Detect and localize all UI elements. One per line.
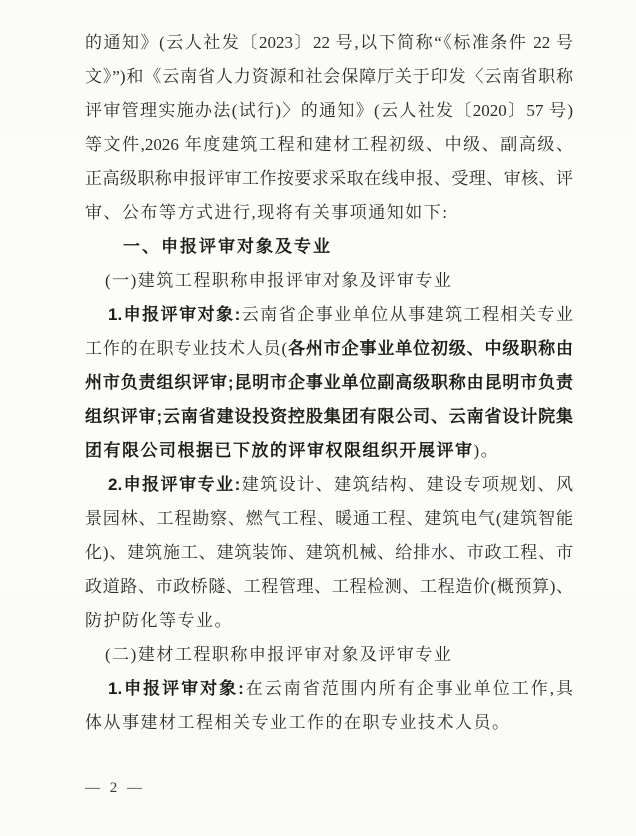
text-line: 政道路、市政桥隧、工程管理、工程检测、工程造价(概预算)、 xyxy=(85,570,573,604)
text-run: 政道路、市政桥隧、工程管理、工程检测、工程造价(概预算)、 xyxy=(85,577,573,596)
bold-text-run: 一、申报评审对象及专业 xyxy=(123,237,332,256)
text-run: 评审管理实施办法(试行)〉的通知》(云人社发〔2020〕57 号) xyxy=(85,101,573,120)
text-run: )。 xyxy=(474,441,500,460)
text-line: 化)、建筑施工、建筑装饰、建筑机械、给排水、市政工程、市 xyxy=(85,536,573,570)
text-run: (一)建筑工程职称申报评审对象及评审专业 xyxy=(105,271,452,290)
text-line: 体从事建材工程相关专业工作的在职专业技术人员。 xyxy=(85,706,573,740)
page-number: — 2 — xyxy=(85,780,145,797)
text-run: 审、公布等方式进行,现将有关事项通知如下: xyxy=(85,203,448,222)
text-line: 工作的在职专业技术人员(各州市企事业单位初级、中级职称由 xyxy=(85,332,573,366)
text-line: 正高级职称申报评审工作按要求采取在线申报、受理、审核、评 xyxy=(85,162,573,196)
text-line: 州市负责组织评审;昆明市企事业单位副高级职称由昆明市负责 xyxy=(85,366,573,400)
text-run: 云南省企事业单位从事建筑工程相关专业 xyxy=(240,305,573,324)
text-run: 的通知》(云人社发〔2023〕22 号,以下简称“《标准条件 22 号 xyxy=(85,33,573,52)
text-run: 建筑设计、建筑结构、建设专项规划、风 xyxy=(240,475,573,494)
bold-text-run: 团有限公司根据已下放的评审权限组织开展评审 xyxy=(85,441,474,460)
text-line: 文》”)和《云南省人力资源和社会保障厅关于印发〈云南省职称 xyxy=(85,60,573,94)
text-line: 1.申报评审对象:在云南省范围内所有企事业单位工作,具 xyxy=(85,672,573,706)
section-heading: 一、申报评审对象及专业 xyxy=(85,230,573,264)
text-line: 组织评审;云南省建设投资控股集团有限公司、云南省设计院集 xyxy=(85,400,573,434)
text-run: (二)建材工程职称申报评审对象及评审专业 xyxy=(105,645,452,664)
bold-text-run: 组织评审;云南省建设投资控股集团有限公司、云南省设计院集 xyxy=(85,407,573,426)
bold-text-run: 1.申报评审对象: xyxy=(108,305,240,324)
bold-text-run: 各州市企事业单位初级、中级职称由 xyxy=(287,339,573,358)
text-run: 防护防化等专业。 xyxy=(85,611,233,630)
text-line: 等文件,2026 年度建筑工程和建材工程初级、中级、副高级、 xyxy=(85,128,573,162)
text-run: 工作的在职专业技术人员( xyxy=(85,339,287,358)
bold-text-run: 2.申报评审专业: xyxy=(108,475,240,494)
bold-text-run: 州市负责组织评审;昆明市企事业单位副高级职称由昆明市负责 xyxy=(85,373,573,392)
bold-text-run: 1.申报评审对象: xyxy=(108,679,244,698)
text-line: (一)建筑工程职称申报评审对象及评审专业 xyxy=(85,264,573,298)
text-line: 防护防化等专业。 xyxy=(85,604,573,638)
text-line: 团有限公司根据已下放的评审权限组织开展评审)。 xyxy=(85,434,573,468)
text-run: 化)、建筑施工、建筑装饰、建筑机械、给排水、市政工程、市 xyxy=(85,543,573,562)
text-line: 1.申报评审对象:云南省企事业单位从事建筑工程相关专业 xyxy=(85,298,573,332)
text-line: 景园林、工程勘察、燃气工程、暖通工程、建筑电气(建筑智能 xyxy=(85,502,573,536)
text-run: 体从事建材工程相关专业工作的在职专业技术人员。 xyxy=(85,713,511,732)
text-run: 景园林、工程勘察、燃气工程、暖通工程、建筑电气(建筑智能 xyxy=(85,509,573,528)
text-line: 2.申报评审专业:建筑设计、建筑结构、建设专项规划、风 xyxy=(85,468,573,502)
text-line: (二)建材工程职称申报评审对象及评审专业 xyxy=(85,638,573,672)
text-run: 等文件,2026 年度建筑工程和建材工程初级、中级、副高级、 xyxy=(85,135,573,154)
document-page: 的通知》(云人社发〔2023〕22 号,以下简称“《标准条件 22 号文》”)和… xyxy=(0,0,636,836)
text-line: 审、公布等方式进行,现将有关事项通知如下: xyxy=(85,196,573,230)
text-run: 文》”)和《云南省人力资源和社会保障厅关于印发〈云南省职称 xyxy=(85,67,573,86)
text-run: 正高级职称申报评审工作按要求采取在线申报、受理、审核、评 xyxy=(85,169,573,188)
text-run: 在云南省范围内所有企事业单位工作,具 xyxy=(244,679,573,698)
document-body: 的通知》(云人社发〔2023〕22 号,以下简称“《标准条件 22 号文》”)和… xyxy=(0,0,636,740)
text-line: 评审管理实施办法(试行)〉的通知》(云人社发〔2020〕57 号) xyxy=(85,94,573,128)
text-line: 的通知》(云人社发〔2023〕22 号,以下简称“《标准条件 22 号 xyxy=(85,26,573,60)
